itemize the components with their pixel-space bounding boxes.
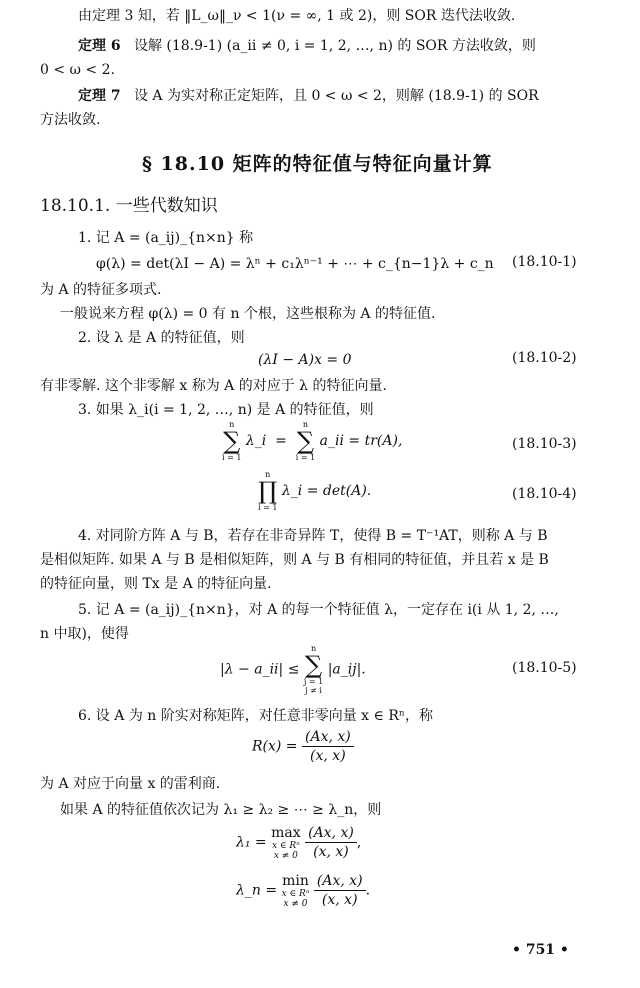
- text-line: 由定理 3 知，若 ‖L_ω‖_ν < 1(ν = ∞, 1 或 2)，则 SO…: [78, 6, 515, 26]
- theorem-text: 设 A 为实对称正定矩阵，且 0 < ω < 2，则解 (18.9-1) 的 S…: [134, 88, 539, 104]
- theorem-label: 定理 7: [78, 88, 121, 104]
- rayleigh-quotient-equation: R(x) = (Ax, x) (x, x): [252, 728, 354, 765]
- item-6-intro: 6. 设 A 为 n 阶实对称矩阵，对任意非零向量 x ∈ Rⁿ，称: [78, 706, 433, 726]
- subsection-title: 18.10.1. 一些代数知识: [40, 196, 218, 216]
- theorem-7: 定理 7 设 A 为实对称正定矩阵，且 0 < ω < 2，则解 (18.9-1…: [78, 86, 539, 106]
- text-line: 为 A 的特征多项式.: [40, 280, 161, 300]
- sum-operator: n ∑ i = 1: [222, 420, 241, 462]
- item-2-intro: 2. 设 λ 是 A 的特征值，则: [78, 328, 245, 348]
- text-line: 一般说来方程 φ(λ) = 0 有 n 个根，这些根称为 A 的特征值.: [60, 304, 435, 324]
- equation-number: (18.10-3): [512, 436, 577, 452]
- item-5-line-1: 5. 记 A = (a_ij)_{n×n}，对 A 的每一个特征值 λ，一定存在…: [78, 600, 559, 620]
- sum-operator: n ∑ i = 1: [296, 420, 315, 462]
- equation-18-10-2: (λI − A)x = 0: [258, 350, 352, 370]
- text-line: 为 A 对应于向量 x 的雷利商.: [40, 774, 220, 794]
- max-eigenvalue-equation: λ₁ = max x ∈ Rⁿ x ≠ 0 (Ax, x) (x, x) ,: [236, 824, 361, 861]
- theorem-text: 设解 (18.9-1) (a_ii ≠ 0, i = 1, 2, …, n) 的…: [134, 38, 536, 54]
- theorem-label: 定理 6: [78, 38, 121, 54]
- page-number: • 751 •: [512, 942, 569, 958]
- section-title: § 18.10 矩阵的特征值与特征向量计算: [142, 154, 493, 174]
- item-3-intro: 3. 如果 λ_i(i = 1, 2, …, n) 是 A 的特征值，则: [78, 400, 374, 420]
- item-1-intro: 1. 记 A = (a_ij)_{n×n} 称: [78, 228, 253, 248]
- equation-number: (18.10-5): [512, 660, 577, 676]
- item-4-line-3: 的特征向量，则 Tx 是 A 的特征向量.: [40, 574, 272, 594]
- product-operator: n ∏ i = 1: [258, 470, 277, 512]
- text-line: 有非零解. 这个非零解 x 称为 A 的对应于 λ 的特征向量.: [40, 376, 387, 396]
- item-4-line-2: 是相似矩阵. 如果 A 与 B 是相似矩阵，则 A 与 B 有相同的特征值，并且…: [40, 550, 549, 570]
- fraction: (Ax, x) (x, x): [302, 728, 354, 765]
- text-line: 如果 A 的特征值依次记为 λ₁ ≥ λ₂ ≥ ⋯ ≥ λ_n，则: [60, 800, 381, 820]
- equation-number: (18.10-1): [512, 254, 577, 270]
- fraction: (Ax, x) (x, x): [305, 824, 357, 861]
- fraction: (Ax, x) (x, x): [314, 872, 366, 909]
- equation-18-10-4: n ∏ i = 1 λ_i = det(A).: [258, 470, 371, 512]
- item-4-line-1: 4. 对同阶方阵 A 与 B，若存在非奇异阵 T，使得 B = T⁻¹AT，则称…: [78, 526, 547, 546]
- min-eigenvalue-equation: λ_n = min x ∈ Rⁿ x ≠ 0 (Ax, x) (x, x) .: [236, 872, 370, 909]
- item-5-line-2: n 中取)，使得: [40, 624, 129, 644]
- equation-number: (18.10-4): [512, 486, 577, 502]
- text-line: 0 < ω < 2.: [40, 60, 115, 80]
- text-line: 方法收敛.: [40, 110, 100, 130]
- max-operator: max x ∈ Rⁿ x ≠ 0: [271, 825, 301, 861]
- min-operator: min x ∈ Rⁿ x ≠ 0: [282, 873, 310, 909]
- theorem-6: 定理 6 设解 (18.9-1) (a_ii ≠ 0, i = 1, 2, …,…: [78, 36, 536, 56]
- sum-operator: n ∑ j = 1 j ≠ i: [304, 644, 323, 695]
- equation-number: (18.10-2): [512, 350, 577, 366]
- equation-18-10-3: n ∑ i = 1 λ_i = n ∑ i = 1 a_ii = tr(A),: [222, 420, 402, 462]
- equation-18-10-1: φ(λ) = det(λI − A) = λⁿ + c₁λⁿ⁻¹ + ⋯ + c…: [96, 254, 494, 274]
- equation-18-10-5: |λ − a_ii| ≤ n ∑ j = 1 j ≠ i |a_ij|.: [220, 644, 366, 695]
